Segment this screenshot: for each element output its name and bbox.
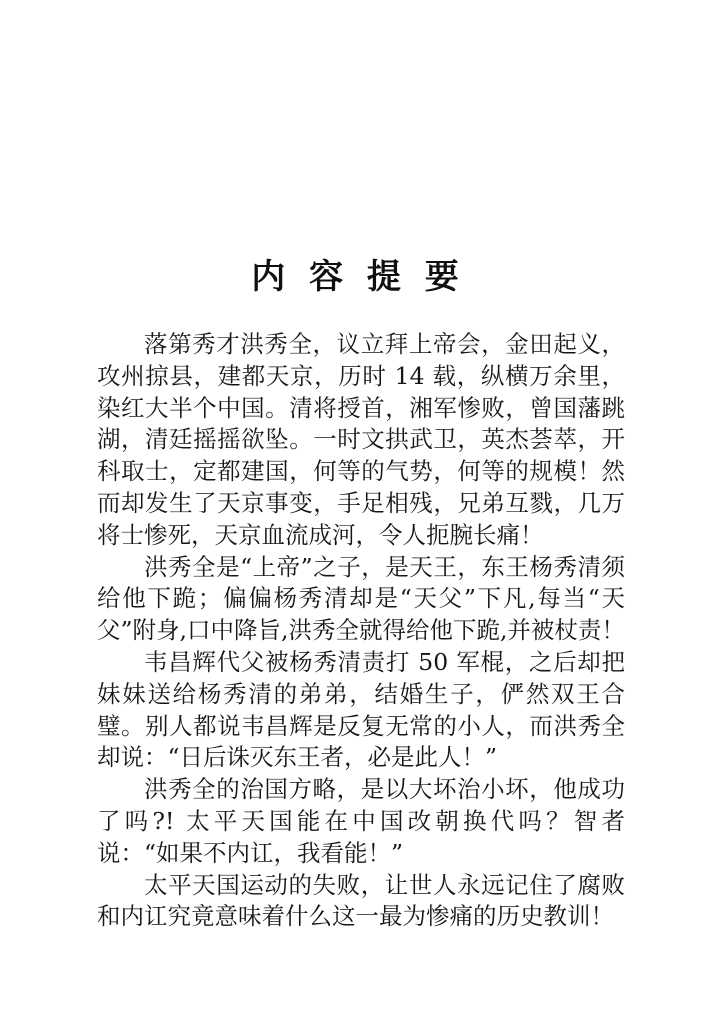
book-page: 内 容 提 要 落第秀才洪秀全，议立拜上帝会，金田起义，攻州掠县，建都天京，历时…: [0, 0, 716, 1024]
page-title: 内 容 提 要: [0, 249, 716, 298]
paragraph-4: 洪秀全的治国方略，是以大坏治小坏，他成功了吗?! 太平天国能在中国改朝换代吗？智…: [97, 774, 625, 869]
paragraph-2: 洪秀全是“上帝”之子，是天王，东王杨秀清须给他下跪；偏偏杨秀清却是“天父”下凡,…: [97, 552, 625, 647]
paragraph-5: 太平天国运动的失败，让世人永远记住了腐败和内讧究竟意味着什么这一最为惨痛的历史教…: [97, 870, 625, 934]
paragraph-3: 韦昌辉代父被杨秀清责打 50 军棍，之后却把妹妹送给杨秀清的弟弟，结婚生子，俨然…: [97, 647, 625, 774]
paragraph-1: 落第秀才洪秀全，议立拜上帝会，金田起义，攻州掠县，建都天京，历时 14 载，纵横…: [97, 329, 625, 552]
summary-body: 落第秀才洪秀全，议立拜上帝会，金田起义，攻州掠县，建都天京，历时 14 载，纵横…: [97, 329, 625, 933]
